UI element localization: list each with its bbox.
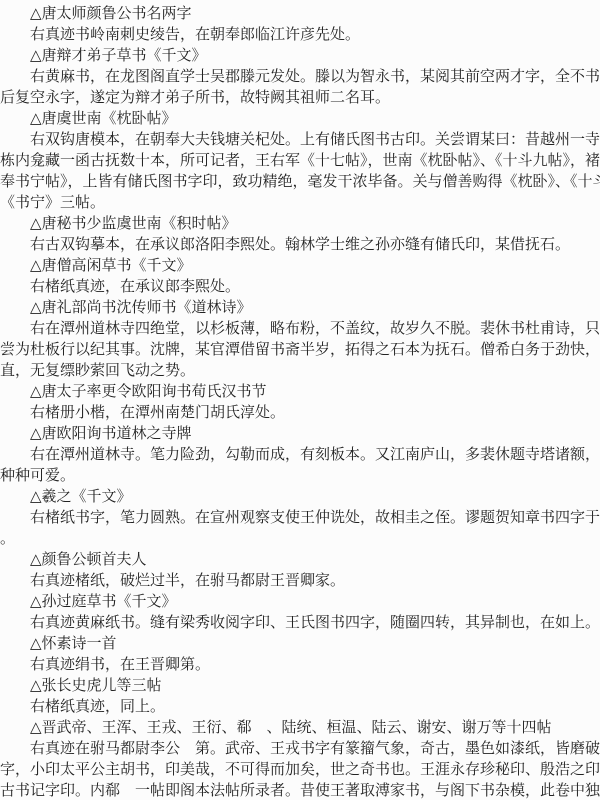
- text-line: 古书记字印。内郗 一帖即阁本法帖所录者。昔使王著取溥家书，与阁下书杂模，此卷中独…: [0, 780, 600, 800]
- text-line: 右楮纸真迹，同上。: [0, 696, 600, 717]
- text-line: 右楮册小楷，在潭州南楚门胡氏淳处。: [0, 402, 600, 423]
- text-line: 右在潭州道林寺四绝堂，以杉板薄，略布粉，不盖纹，故岁久不脱。裴休书杜甫诗，只存一…: [0, 318, 600, 339]
- entry-heading-line: △晋武帝、王浑、王戎、王衍、郗 、陆统、桓温、陆云、谢安、谢万等十四帖: [0, 717, 600, 738]
- text-line: 。: [0, 528, 600, 549]
- text-line: 右楮纸书字，笔力圆熟。在宣州观察支使王仲诜处，故相圭之侄。谬题贺知章书四字于韵字…: [0, 507, 600, 528]
- entry-heading-line: △唐礼部尚书沈传师书《道林诗》: [0, 297, 600, 318]
- text-line: 右真迹在驸马都尉李公 第。武帝、王戎书字有篆籀气象，奇古，墨色如漆纸，皆磨破，上…: [0, 738, 600, 759]
- entry-heading-line: △唐欧阳询书道林之寺牌: [0, 423, 600, 444]
- text-line: 后复空永字，遂定为辩才弟子所书，故特阙其祖师二名耳。: [0, 87, 600, 108]
- text-line: 右真迹绢书，在王晋卿第。: [0, 654, 600, 675]
- entry-heading-line: △唐太师颜鲁公书名两字: [0, 3, 600, 24]
- entry-heading-line: △唐僧高闲草书《千文》: [0, 255, 600, 276]
- entry-heading-line: △颜鲁公顿首夫人: [0, 549, 600, 570]
- text-line: 栋内龛藏一函古抚数十本，所可记者，王右军《十七帖》，世南《枕卧帖》、《十斗九帖》…: [0, 150, 600, 171]
- text-line: 奉书宁帖》，上皆有储氏图书字印，致功精绝，毫发干浓毕备。关与僧善购得《枕卧》、《…: [0, 171, 600, 192]
- text-document: △唐太师颜鲁公书名两字右真迹书岭南刺史绫告，在朝奉郎临江许彦先处。△唐辩才弟子草…: [0, 0, 600, 800]
- entry-heading-line: △唐辩才弟子草书《千文》: [0, 45, 600, 66]
- text-line: 字，小印太平公主胡书，印美哉，不可得而加矣，世之奇书也。王涯永存珍秘印、殷浩之印…: [0, 759, 600, 780]
- entry-heading-line: △唐太子率更令欧阳询书荀氏汉书节: [0, 381, 600, 402]
- text-line: 右双钩唐模本，在朝奉大夫钱塘关杞处。上有储氏图书古印。关尝谓某曰：昔越州一寺修佛…: [0, 129, 600, 150]
- entry-heading-line: △张长史虎儿等三帖: [0, 675, 600, 696]
- entry-heading-line: △唐秘书少监虞世南《积时帖》: [0, 213, 600, 234]
- document-page: { "page": { "background": "#fcfcfc", "te…: [0, 0, 600, 800]
- text-line: 种种可爱。: [0, 465, 600, 486]
- text-line: 右真迹黄麻纸书。缝有梁秀收阅字印、王氏图书四字，随圈四转，其异制也，在如上。: [0, 612, 600, 633]
- text-line: 右真迹书岭南刺史绫告，在朝奉郎临江许彦先处。: [0, 24, 600, 45]
- text-line: 右古双钩摹本，在承议郎洛阳李熙处。翰林学士维之孙亦缝有储氏印，某借抚石。: [0, 234, 600, 255]
- entry-heading-line: △孙过庭草书《千文》: [0, 591, 600, 612]
- text-line: 右真迹楮纸，破烂过半，在驸马都尉王晋卿家。: [0, 570, 600, 591]
- text-line: 右在潭州道林寺。笔力险劲，勾勒而成，有刻板本。又江南庐山，多裴休题寺塔诸额，虽乏…: [0, 444, 600, 465]
- text-line: 尝为杜板行以纪其事。沈牌，某官潭借留书斋半岁，拓得之石本为抚石。僧希白务于劲快，…: [0, 339, 600, 360]
- text-lines: △唐太师颜鲁公书名两字右真迹书岭南刺史绫告，在朝奉郎临江许彦先处。△唐辩才弟子草…: [0, 3, 600, 800]
- entry-heading-line: △唐虞世南《枕卧帖》: [0, 108, 600, 129]
- text-line: 《书宁》三帖。: [0, 192, 600, 213]
- text-line: 右楮纸真迹，在承议郎李熙处。: [0, 276, 600, 297]
- entry-heading-line: △羲之《千文》: [0, 486, 600, 507]
- text-line: 右黄麻书，在龙图阁直学士吴郡滕元发处。滕以为智永书，某阅其前空两才字，全不书，固…: [0, 66, 600, 87]
- text-line: 直，无复缥眇萦回飞动之势。: [0, 360, 600, 381]
- entry-heading-line: △怀素诗一首: [0, 633, 600, 654]
